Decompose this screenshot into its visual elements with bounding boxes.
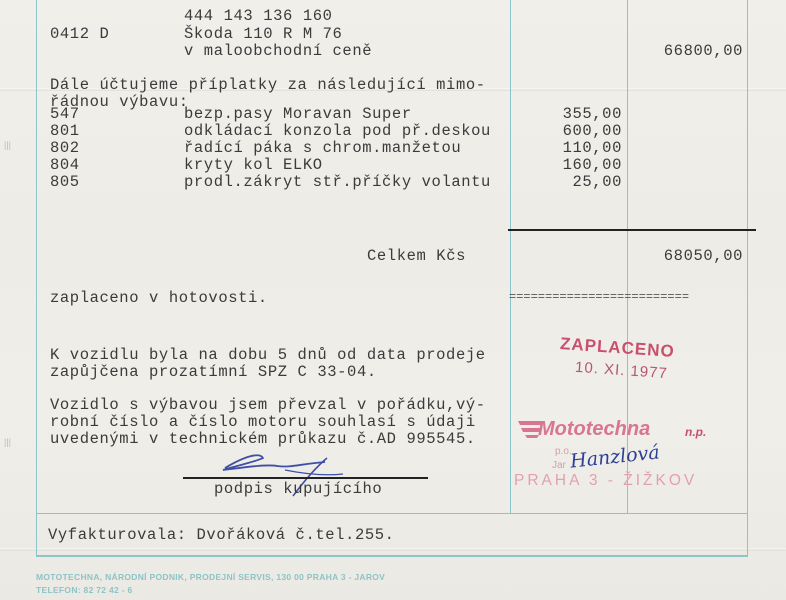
- item-price: 25,00: [500, 174, 622, 191]
- invoiced-by: Vyfakturovala: Dvořáková č.tel.255.: [48, 527, 395, 544]
- table-left-border: [36, 0, 37, 556]
- acceptance-statement: robní číslo a číslo motoru souhlasí s úd…: [50, 414, 476, 431]
- item-description: bezp.pasy Moravan Super: [184, 106, 412, 123]
- margin-mark: |||: [4, 140, 11, 150]
- item-code: 804: [50, 157, 80, 174]
- price-note: v maloobchodní ceně: [184, 43, 372, 60]
- total-rule: [508, 229, 756, 231]
- paid-stamp: ZAPLACENO: [559, 334, 675, 362]
- item-description: odkládací konzola pod př.deskou: [184, 123, 491, 140]
- item-code: 805: [50, 174, 80, 191]
- loan-note: K vozidlu byla na dobu 5 dnů od data pro…: [50, 347, 486, 364]
- vin-number: 444 143 136 160: [184, 8, 333, 25]
- acceptance-statement: Vozidlo s výbavou jsem převzal v pořádku…: [50, 397, 486, 414]
- company-phone: TELEFON: 82 72 42 - 6: [36, 585, 133, 595]
- cashier-signature: Hanzlová: [569, 441, 661, 472]
- item-code: 0412 D: [50, 26, 109, 43]
- company-address: MOTOTECHNA, NÁRODNÍ PODNIK, PRODEJNÍ SER…: [36, 572, 385, 582]
- table-right-border: [747, 0, 748, 556]
- item-code: 547: [50, 106, 80, 123]
- payment-note: zaplaceno v hotovosti.: [50, 290, 268, 307]
- loan-note: zapůjčena prozatímní SPZ C 33-04.: [50, 364, 377, 381]
- stamp-city: PRAHA 3 - ŽIŽKOV: [514, 472, 697, 490]
- base-price: 66800,00: [630, 43, 743, 60]
- item-description: kryty kol ELKO: [184, 157, 323, 174]
- item-code: 802: [50, 140, 80, 157]
- total-amount: 68050,00: [630, 248, 743, 265]
- extras-intro: Dále účtujeme příplatky za následující m…: [50, 77, 486, 94]
- company-name: Mototechna: [538, 418, 650, 441]
- paper-fold: [0, 548, 786, 551]
- item-description: řadící páka s chrom.manžetou: [184, 140, 461, 157]
- stamp-branch: Jar: [552, 460, 566, 471]
- item-price: 110,00: [500, 140, 622, 157]
- invoice-paper: ||| ||| 444 143 136 160 0412 D Škoda 110…: [0, 0, 786, 600]
- table-row-divider: [36, 513, 748, 514]
- company-suffix: n.p.: [685, 425, 706, 439]
- acceptance-statement: uvedenými v technickém průkazu č.AD 9955…: [50, 431, 476, 448]
- signature-line: [183, 477, 428, 479]
- paid-stamp-date: 10. XI. 1977: [575, 359, 669, 382]
- double-underline: =========================: [509, 290, 689, 304]
- item-description: prodl.zákryt stř.příčky volantu: [184, 174, 491, 191]
- signature-label: podpis kupujícího: [214, 481, 382, 498]
- table-column-divider: [510, 0, 511, 513]
- item-code: 801: [50, 123, 80, 140]
- car-model: Škoda 110 R M 76: [184, 26, 342, 43]
- item-price: 600,00: [500, 123, 622, 140]
- item-price: 355,00: [500, 106, 622, 123]
- item-price: 160,00: [500, 157, 622, 174]
- total-label: Celkem Kčs: [367, 248, 466, 265]
- margin-mark: |||: [4, 437, 11, 447]
- table-bottom-border: [36, 555, 748, 557]
